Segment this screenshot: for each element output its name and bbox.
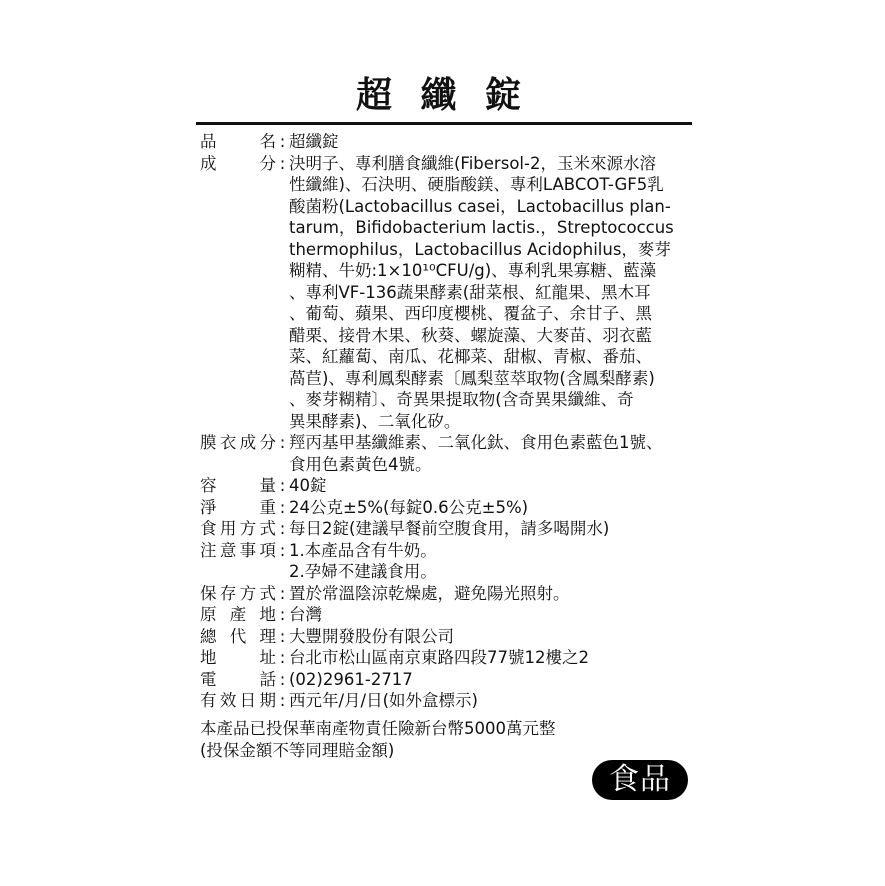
spec-colon: : (276, 647, 289, 669)
spec-value: 1.本產品含有牛奶。2.孕婦不建議食用。 (289, 540, 692, 583)
spec-row: 總代理:大豐開發股份有限公司 (200, 626, 692, 648)
spec-colon: : (276, 153, 289, 433)
spec-label: 電話 (200, 669, 276, 691)
spec-colon: : (276, 540, 289, 583)
spec-colon: : (276, 626, 289, 648)
spec-value: 決明子、專利膳食纖維(Fibersol-2，玉米來源水溶性纖維)、石決明、硬脂酸… (289, 153, 692, 433)
spec-row: 容量:40錠 (200, 475, 692, 497)
spec-label: 保存方式 (200, 583, 276, 605)
spec-label: 膜衣成分 (200, 432, 276, 475)
spec-row: 原產地:台灣 (200, 604, 692, 626)
spec-colon: : (276, 475, 289, 497)
spec-row: 淨重:24公克±5%(每錠0.6公克±5%) (200, 497, 692, 519)
spec-label: 地址 (200, 647, 276, 669)
spec-value: 羥丙基甲基纖維素、二氧化鈦、食用色素藍色1號、食用色素黃色4號。 (289, 432, 692, 475)
spec-row: 注意事項:1.本產品含有牛奶。2.孕婦不建議食用。 (200, 540, 692, 583)
spec-colon: : (276, 432, 289, 475)
spec-label: 原產地 (200, 604, 276, 626)
spec-row: 有效日期:西元年/月/日(如外盒標示) (200, 690, 692, 712)
insurance-note-line2: (投保金額不等同理賠金額) (200, 740, 556, 762)
spec-colon: : (276, 131, 289, 153)
spec-colon: : (276, 497, 289, 519)
spec-label: 淨重 (200, 497, 276, 519)
spec-label: 食用方式 (200, 518, 276, 540)
spec-value: 超纖錠 (289, 131, 692, 153)
spec-colon: : (276, 518, 289, 540)
spec-value: 西元年/月/日(如外盒標示) (289, 690, 692, 712)
spec-value: 置於常溫陰涼乾燥處，避免陽光照射。 (289, 583, 692, 605)
spec-row: 成分:決明子、專利膳食纖維(Fibersol-2，玉米來源水溶性纖維)、石決明、… (200, 153, 692, 433)
title-divider (196, 122, 692, 125)
spec-value: 台北市松山區南京東路四段77號12樓之2 (289, 647, 692, 669)
spec-row: 電話:(02)2961-2717 (200, 669, 692, 691)
spec-label: 品名 (200, 131, 276, 153)
spec-colon: : (276, 669, 289, 691)
spec-label: 容量 (200, 475, 276, 497)
food-category-badge: 食品 (592, 760, 688, 800)
spec-label: 有效日期 (200, 690, 276, 712)
spec-label: 總代理 (200, 626, 276, 648)
spec-row: 地址:台北市松山區南京東路四段77號12樓之2 (200, 647, 692, 669)
spec-row: 保存方式:置於常溫陰涼乾燥處，避免陽光照射。 (200, 583, 692, 605)
spec-row: 品名:超纖錠 (200, 131, 692, 153)
insurance-note-line1: 本產品已投保華南產物責任險新台幣5000萬元整 (200, 718, 556, 740)
spec-value: 大豐開發股份有限公司 (289, 626, 692, 648)
insurance-note: 本產品已投保華南產物責任險新台幣5000萬元整 (投保金額不等同理賠金額) (200, 718, 556, 761)
spec-value: 40錠 (289, 475, 692, 497)
spec-value: 每日2錠(建議早餐前空腹食用，請多喝開水) (289, 518, 692, 540)
spec-row: 食用方式:每日2錠(建議早餐前空腹食用，請多喝開水) (200, 518, 692, 540)
spec-value: 24公克±5%(每錠0.6公克±5%) (289, 497, 692, 519)
spec-colon: : (276, 604, 289, 626)
spec-list: 品名:超纖錠成分:決明子、專利膳食纖維(Fibersol-2，玉米來源水溶性纖維… (200, 131, 692, 712)
spec-colon: : (276, 690, 289, 712)
spec-label: 注意事項 (200, 540, 276, 583)
spec-colon: : (276, 583, 289, 605)
spec-row: 膜衣成分:羥丙基甲基纖維素、二氧化鈦、食用色素藍色1號、食用色素黃色4號。 (200, 432, 692, 475)
product-title: 超 纖 錠 (0, 74, 885, 118)
spec-label: 成分 (200, 153, 276, 433)
spec-value: (02)2961-2717 (289, 669, 692, 691)
spec-value: 台灣 (289, 604, 692, 626)
